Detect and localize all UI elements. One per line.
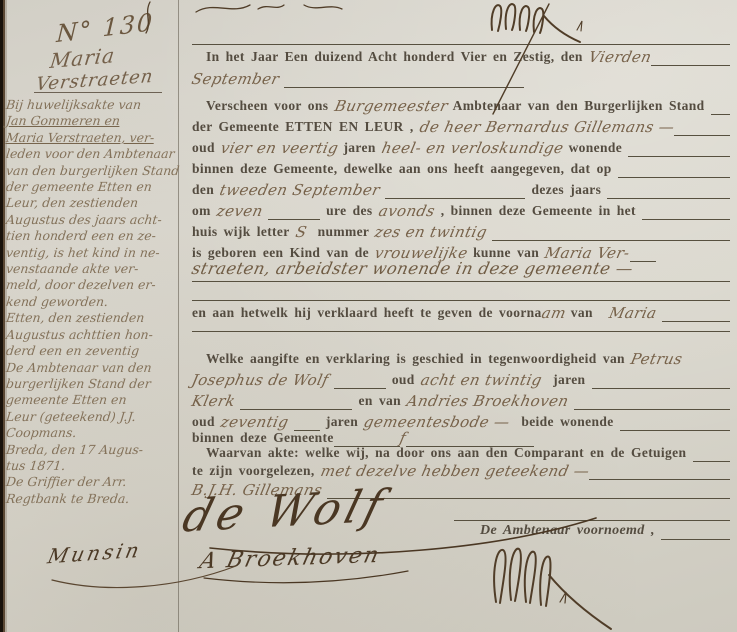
printed-text: oud [386,370,421,389]
printed-text: jaren [343,138,381,157]
printed-text-italic: De Ambtenaar voornoemd , [480,521,661,540]
blank-rule [628,143,730,157]
handwritten-entry: Klerk [190,392,242,410]
printed-text: ure des [320,201,379,220]
rule-sep-2 [192,300,730,301]
printed-text: wonende [569,138,629,157]
printed-text: binnen deze Gemeente, dewelke aan ons he… [192,159,618,178]
line-municipality-declarant: der Gemeente ETTEN EN LEUR , de heer Ber… [192,117,730,136]
signature-broekhoven: A Broekhoven [197,543,383,575]
handwritten-entry: Petrus [629,350,684,368]
line-month: September [192,69,730,88]
rule-sep-1 [192,281,730,282]
printed-text: jaren [547,370,592,389]
printed-text: nummer [311,222,375,241]
handwritten-entry: September [190,70,286,88]
blank-rule [592,375,730,389]
line-declarant-age-profession: oud vier en veertig jaren heel- en verlo… [192,138,730,157]
printed-text: en aan hetwelk hij verklaard heeft te ge… [192,303,542,322]
line-mother-continued: straeten, arbeidster wonende in deze gem… [192,259,730,278]
handwritten-entry: tweeden September [218,181,387,199]
handwritten-entry: de heer Bernardus Gillemans — [418,118,676,136]
handwritten-entry: heel- en verloskundige [380,139,570,157]
blank-rule [618,164,730,178]
handwritten-entry: Burgemeester [333,97,455,115]
handwritten-entry: acht en twintig [419,371,549,389]
blank-rule [674,122,730,136]
line-appeared: Verscheen voor ons Burgemeester Ambtenaa… [192,96,730,115]
blank-rule [607,185,730,199]
line-house-number: huis wijk letter S nummer zes en twintig [192,222,730,241]
line-closing-2: te zijn voorgelezen, met dezelve hebben … [192,461,730,480]
printed-text: Verscheen voor ons [206,96,335,115]
handwritten-entry: met dezelve hebben geteekend — [319,462,591,480]
blank-rule [642,206,730,220]
printed-text: Waarvan akte: welke wij, na door ons aan… [206,443,693,462]
printed-text: Welke aangifte en verklaring is geschied… [206,349,631,368]
blank-rule [240,396,352,410]
handwritten-entry: Vierden [587,48,653,66]
handwritten-entry: vier en veertig [219,139,345,157]
blank-rule [651,52,730,66]
handwritten-entry: avonds [377,202,437,220]
handwritten-entry: zes en twintig [373,223,494,241]
blank-rule [661,526,730,540]
blank-rule [334,375,386,389]
handwritten-entry: S [294,223,314,241]
birth-record-page: N° 130 Maria Verstraeten Bij huwelijksak… [0,0,737,632]
handwritten-entry: am [540,304,573,322]
record-body: In het Jaar Een duizend Acht honderd Vie… [0,0,737,632]
handwritten-entry: zeven [215,202,270,220]
line-witnesses-intro: Welke aangifte en verklaring is geschied… [192,349,730,368]
printed-text: Ambtenaar van den Burgerlijken Stand [453,96,711,115]
printed-text: , binnen deze Gemeente in het [434,201,642,220]
printed-text: der Gemeente ETTEN EN LEUR , [192,117,420,136]
printed-text: In het Jaar Een duizend Acht honderd Vie… [206,47,589,66]
line-witness-1-occupation: Klerk en van Andries Broekhoven [192,391,730,410]
blank-rule [385,185,525,199]
line-year: In het Jaar Een duizend Acht honderd Vie… [192,47,730,66]
printed-text: oud [192,138,221,157]
blank-rule [492,227,730,241]
line-birth-time-place: om zeven ure des avonds , binnen deze Ge… [192,201,730,220]
printed-text: om [192,201,217,220]
line-closing-1: Waarvan akte: welke wij, na door ons aan… [192,443,730,462]
printed-text: huis wijk letter [192,222,296,241]
handwritten-entry: Andries Broekhoven [405,392,575,410]
blank-rule [284,74,524,88]
blank-rule [268,206,320,220]
handwritten-entry: Maria [597,304,664,322]
blank-rule [662,308,730,322]
blank-rule [711,101,730,115]
handwritten-entry: Josephus de Wolf [190,371,335,389]
printed-text: en van [352,391,407,410]
line-given-name: en aan hetwelk hij verklaard heeft te ge… [192,303,730,322]
blank-rule [574,396,730,410]
line-birth-date: den tweeden September dezes jaars [192,180,730,199]
blank-rule [454,507,730,521]
blank-rule [693,448,730,462]
printed-text: den [192,180,220,199]
handwritten-entry: straeten, arbeidster wonende in deze gem… [190,260,635,278]
rule-sep-3 [192,331,730,332]
printed-text: dezes jaars [525,180,607,199]
rule-top [192,44,730,45]
blank-rule [589,466,730,480]
line-witness-1: Josephus de Wolf oud acht en twintig jar… [192,370,730,389]
line-declaration-intro: binnen deze Gemeente, dewelke aan ons he… [192,159,730,178]
printed-text: van [571,303,599,322]
printed-text: te zijn voorgelezen, [192,461,321,480]
